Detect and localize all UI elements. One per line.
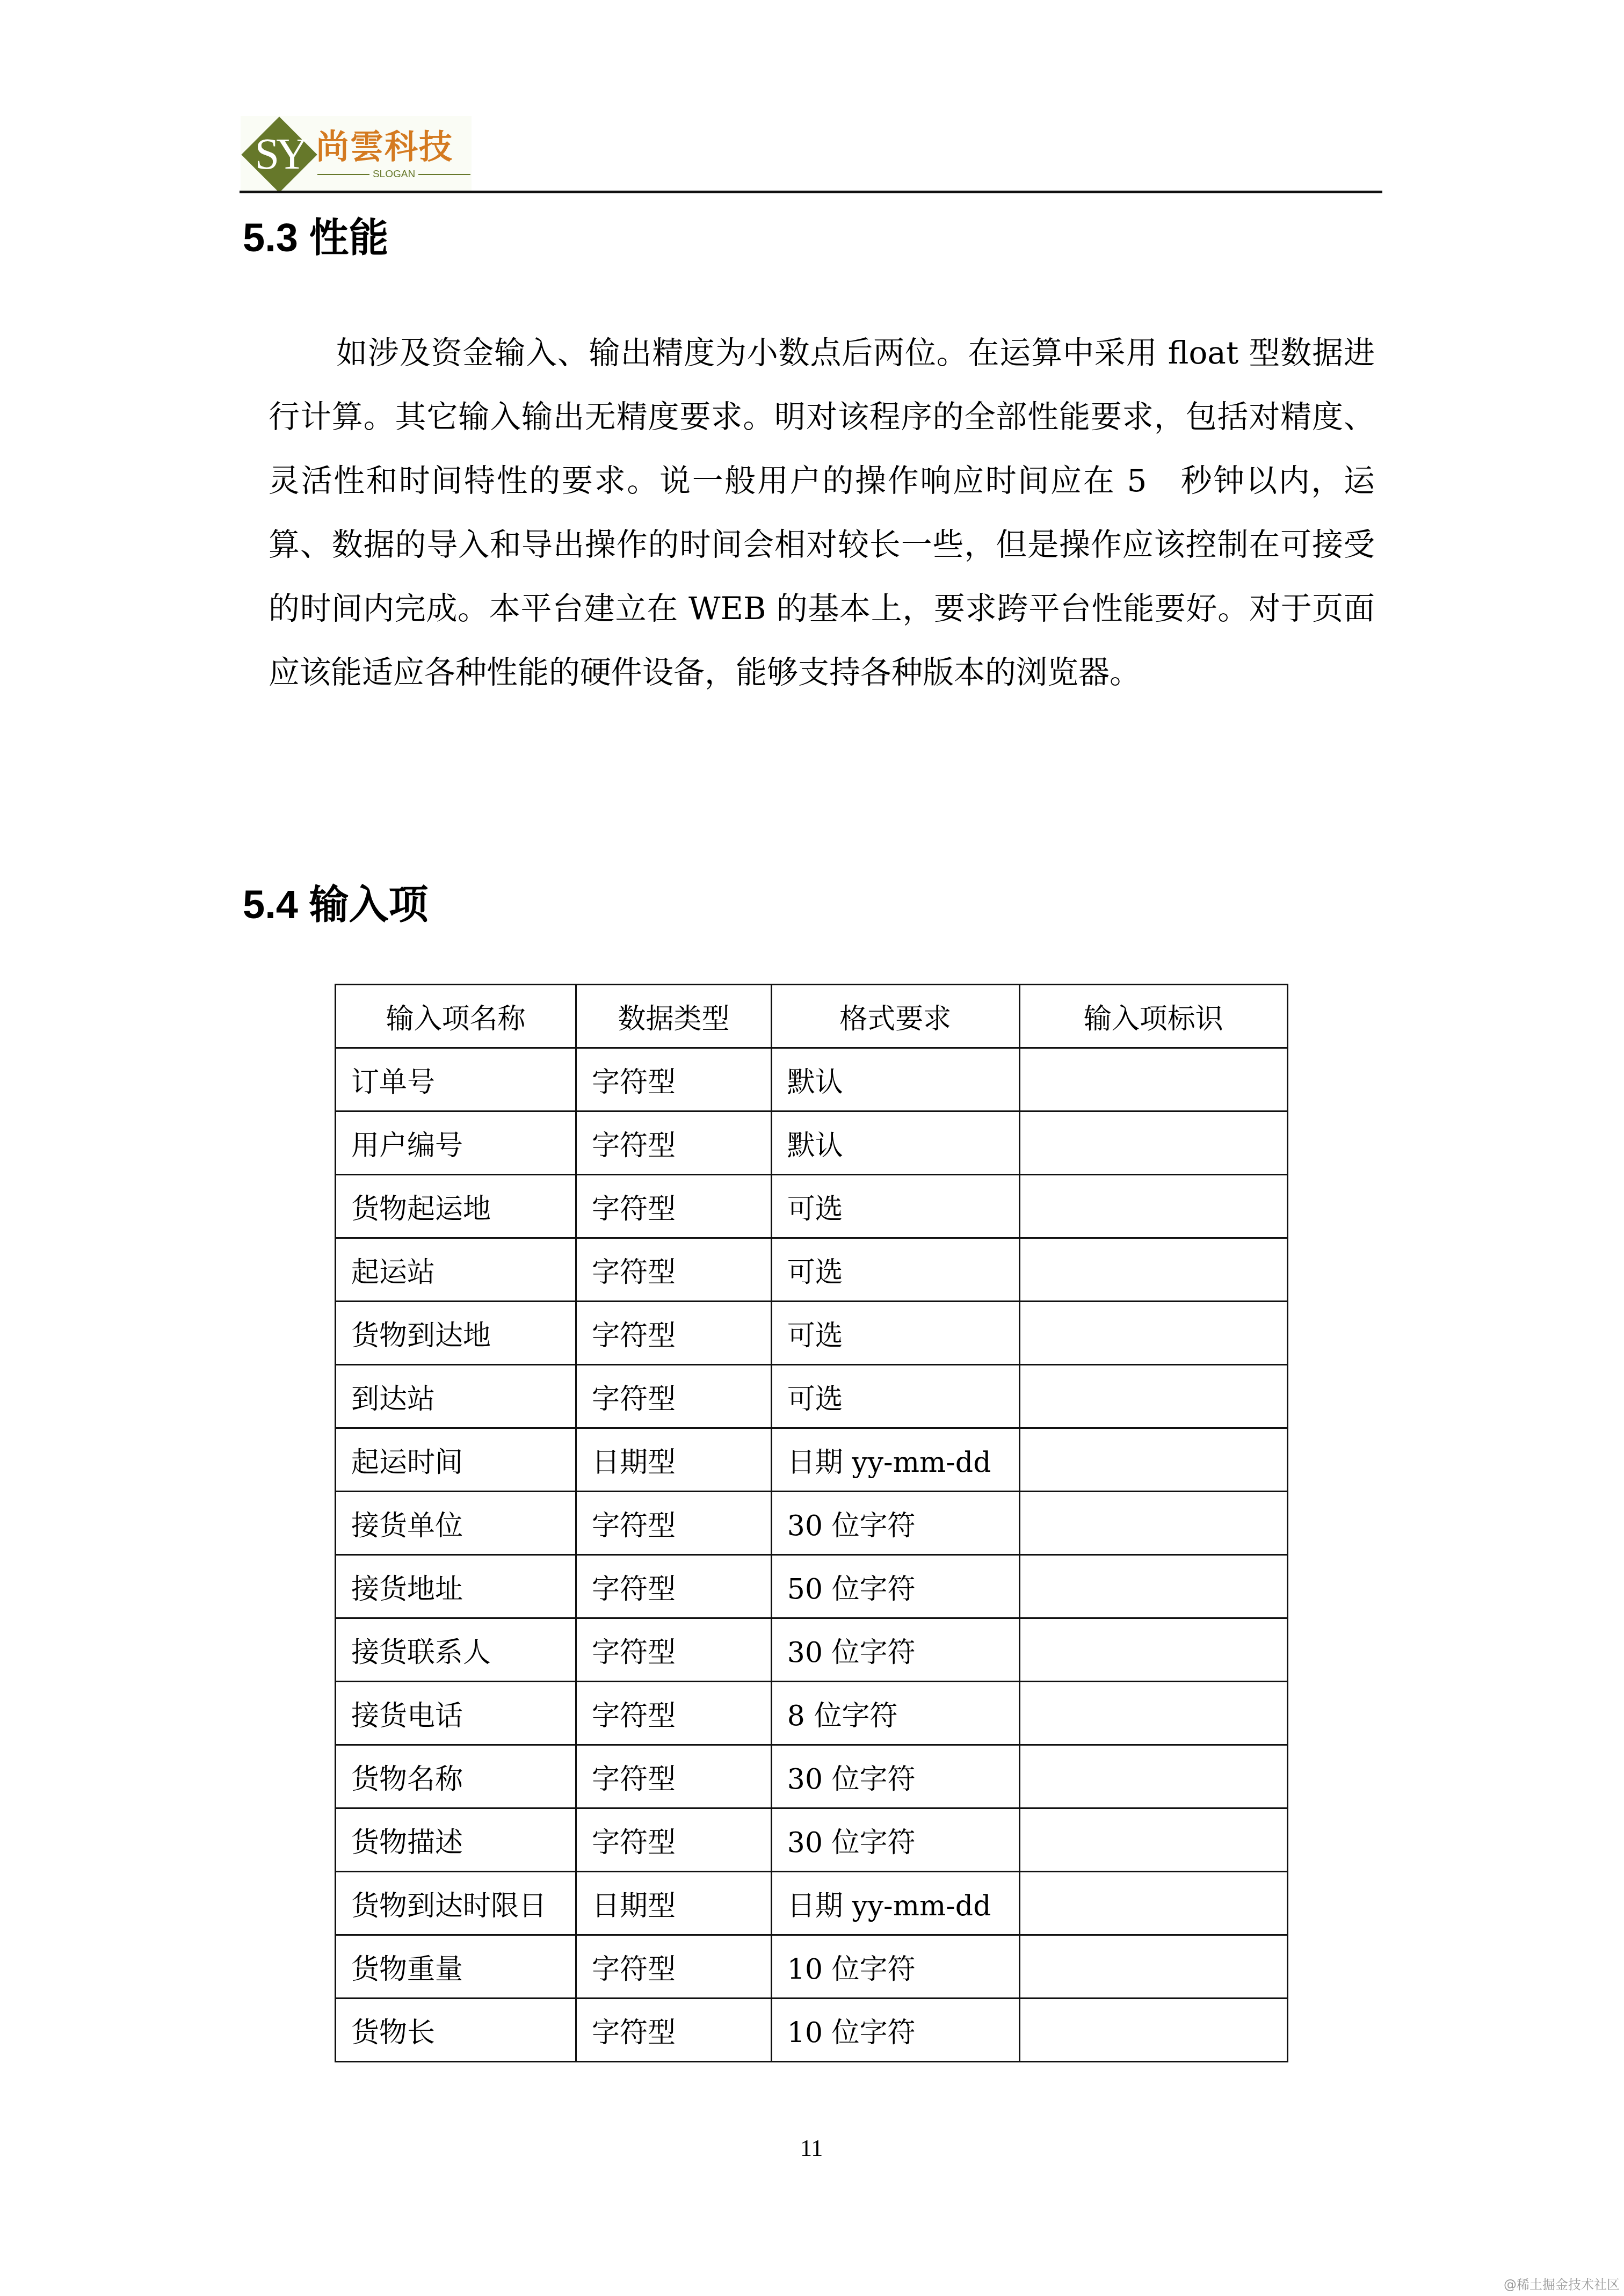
- header-divider: [240, 191, 1382, 193]
- performance-paragraph: 如涉及资金输入、输出精度为小数点后两位。在运算中采用 float 型数据进行计算…: [269, 321, 1375, 704]
- table-cell: 字符型: [576, 1555, 772, 1618]
- table-row: 货物起运地字符型可选: [336, 1175, 1288, 1238]
- table-cell: 字符型: [576, 1745, 772, 1808]
- table-cell: 日期 yy-mm-dd: [771, 1428, 1019, 1492]
- column-header: 数据类型: [576, 985, 772, 1048]
- table-cell: 字符型: [576, 1682, 772, 1745]
- table-cell: 30 位字符: [771, 1618, 1019, 1682]
- table-row: 起运时间日期型日期 yy-mm-dd: [336, 1428, 1288, 1492]
- table-cell: 字符型: [576, 1618, 772, 1682]
- table-cell: [1019, 1365, 1287, 1428]
- table-row: 到达站字符型可选: [336, 1365, 1288, 1428]
- table-cell: 货物起运地: [336, 1175, 576, 1238]
- table-cell: 订单号: [336, 1048, 576, 1111]
- table-cell: 日期型: [576, 1428, 772, 1492]
- table-cell: 字符型: [576, 1175, 772, 1238]
- table-cell: 起运时间: [336, 1428, 576, 1492]
- table-body: 订单号字符型默认用户编号字符型默认货物起运地字符型可选起运站字符型可选货物到达地…: [336, 1048, 1288, 2062]
- section-heading-performance: 5.3 性能: [243, 214, 388, 262]
- table-row: 起运站字符型可选: [336, 1238, 1288, 1302]
- table-header-row: 输入项名称 数据类型 格式要求 输入项标识: [336, 985, 1288, 1048]
- table-row: 接货地址字符型50 位字符: [336, 1555, 1288, 1618]
- table-cell: [1019, 1175, 1287, 1238]
- table-cell: 字符型: [576, 1365, 772, 1428]
- table-row: 货物到达地字符型可选: [336, 1302, 1288, 1365]
- company-logo: SY 尚雲科技 SLOGAN: [241, 116, 472, 191]
- logo-monogram: SY: [246, 132, 314, 176]
- table-cell: [1019, 1808, 1287, 1872]
- table-cell: 货物到达时限日: [336, 1872, 576, 1935]
- slogan-rule-left: [317, 174, 369, 175]
- table-cell: [1019, 1111, 1287, 1175]
- table-cell: 字符型: [576, 1111, 772, 1175]
- table-cell: 接货地址: [336, 1555, 576, 1618]
- table-row: 订单号字符型默认: [336, 1048, 1288, 1111]
- table-cell: [1019, 1238, 1287, 1302]
- slogan-text: SLOGAN: [373, 169, 415, 180]
- table-cell: 字符型: [576, 1048, 772, 1111]
- table-cell: [1019, 1872, 1287, 1935]
- table-cell: 30 位字符: [771, 1492, 1019, 1555]
- watermark: @稀土掘金技术社区: [1504, 2274, 1620, 2293]
- logo-brand-name: 尚雲科技: [316, 126, 453, 169]
- table-row: 接货单位字符型30 位字符: [336, 1492, 1288, 1555]
- table-cell: 字符型: [576, 1935, 772, 1999]
- column-header: 输入项标识: [1019, 985, 1287, 1048]
- section-heading-input-items: 5.4 输入项: [243, 881, 428, 929]
- table-cell: 货物长: [336, 1999, 576, 2062]
- logo-slogan: SLOGAN: [317, 169, 470, 180]
- table-cell: 货物重量: [336, 1935, 576, 1999]
- slogan-rule-right: [418, 174, 470, 175]
- table-cell: 字符型: [576, 1492, 772, 1555]
- table-cell: 货物描述: [336, 1808, 576, 1872]
- table-cell: 日期 yy-mm-dd: [771, 1872, 1019, 1935]
- table-row: 货物名称字符型30 位字符: [336, 1745, 1288, 1808]
- table-row: 货物描述字符型30 位字符: [336, 1808, 1288, 1872]
- table-cell: 可选: [771, 1365, 1019, 1428]
- column-header: 格式要求: [771, 985, 1019, 1048]
- page-number: 11: [800, 2134, 823, 2162]
- table-row: 用户编号字符型默认: [336, 1111, 1288, 1175]
- input-items-table: 输入项名称 数据类型 格式要求 输入项标识 订单号字符型默认用户编号字符型默认货…: [335, 984, 1288, 2062]
- table-row: 货物重量字符型10 位字符: [336, 1935, 1288, 1999]
- table-cell: 可选: [771, 1302, 1019, 1365]
- table-cell: 货物到达地: [336, 1302, 576, 1365]
- table-cell: [1019, 1745, 1287, 1808]
- table-cell: [1019, 1999, 1287, 2062]
- table-row: 货物长字符型10 位字符: [336, 1999, 1288, 2062]
- table-cell: 30 位字符: [771, 1745, 1019, 1808]
- table-cell: 接货单位: [336, 1492, 576, 1555]
- table-cell: [1019, 1048, 1287, 1111]
- table-row: 接货电话字符型8 位字符: [336, 1682, 1288, 1745]
- table-cell: 起运站: [336, 1238, 576, 1302]
- table-cell: 10 位字符: [771, 1935, 1019, 1999]
- table-row: 货物到达时限日日期型日期 yy-mm-dd: [336, 1872, 1288, 1935]
- table-cell: 字符型: [576, 1238, 772, 1302]
- table-cell: [1019, 1492, 1287, 1555]
- table-cell: [1019, 1428, 1287, 1492]
- table-cell: 接货联系人: [336, 1618, 576, 1682]
- table-cell: [1019, 1302, 1287, 1365]
- table-cell: 8 位字符: [771, 1682, 1019, 1745]
- table-cell: 用户编号: [336, 1111, 576, 1175]
- table-cell: 30 位字符: [771, 1808, 1019, 1872]
- table-cell: [1019, 1555, 1287, 1618]
- column-header: 输入项名称: [336, 985, 576, 1048]
- table-cell: 50 位字符: [771, 1555, 1019, 1618]
- table-cell: 字符型: [576, 1302, 772, 1365]
- table-cell: 默认: [771, 1048, 1019, 1111]
- table-cell: 可选: [771, 1238, 1019, 1302]
- table-cell: 接货电话: [336, 1682, 576, 1745]
- table-cell: 字符型: [576, 1999, 772, 2062]
- table-cell: 默认: [771, 1111, 1019, 1175]
- table-cell: 字符型: [576, 1808, 772, 1872]
- table-cell: 10 位字符: [771, 1999, 1019, 2062]
- table-cell: [1019, 1618, 1287, 1682]
- table-cell: 日期型: [576, 1872, 772, 1935]
- table-cell: 货物名称: [336, 1745, 576, 1808]
- table-cell: [1019, 1682, 1287, 1745]
- table-row: 接货联系人字符型30 位字符: [336, 1618, 1288, 1682]
- table-cell: 到达站: [336, 1365, 576, 1428]
- table-cell: [1019, 1935, 1287, 1999]
- table-cell: 可选: [771, 1175, 1019, 1238]
